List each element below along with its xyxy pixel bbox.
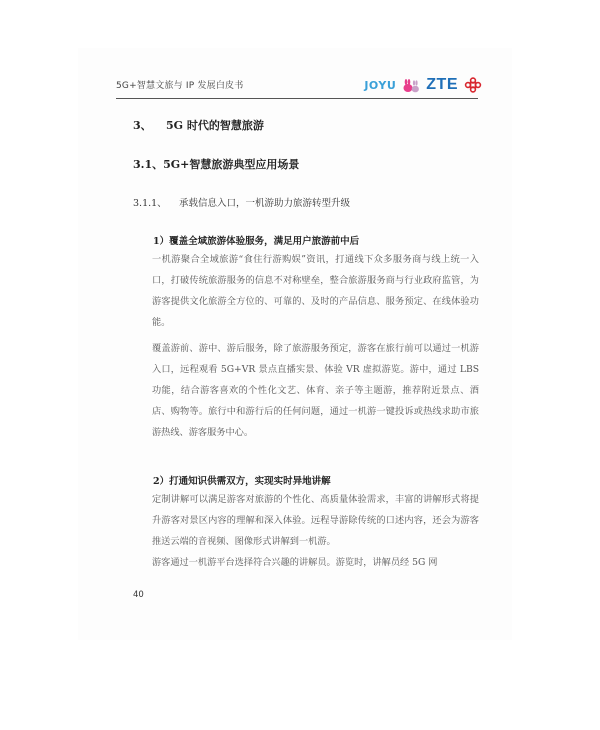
item-heading-1: 1）覆盖全域旅游体验服务，满足用户旅游前中后 bbox=[153, 233, 359, 247]
section-heading: 3、5G 时代的智慧旅游 bbox=[133, 117, 264, 133]
paragraph: 覆盖游前、游中、游后服务，除了旅游服务预定，游客在旅行前可以通过一机游入口，远程… bbox=[133, 338, 479, 443]
header-divider bbox=[116, 98, 478, 99]
subsubsection-title: 承载信息入口，一机游助力旅游转型升级 bbox=[179, 198, 350, 209]
paragraph: 游客通过一机游平台选择符合兴趣的讲解员。游览时，讲解员经 5G 网 bbox=[133, 552, 479, 573]
paragraph-text: 定制讲解可以满足游客对旅游的个性化、高质量体验需求，丰富的讲解形式将提升游客对景… bbox=[133, 489, 479, 552]
document-title: 5G+智慧文旅与 IP 发展白皮书 bbox=[116, 78, 243, 91]
subsubsection-number: 3.1.1、 bbox=[133, 195, 179, 209]
partner-logos: JOYU ZTE bbox=[364, 76, 482, 94]
page-number: 40 bbox=[133, 590, 144, 600]
paragraph-text: 一机游聚合全域旅游“食住行游购娱”资讯，打通线下众多服务商与线上统一入口，打破传… bbox=[133, 249, 479, 333]
subsection-heading: 3.1、5G+智慧旅游典型应用场景 bbox=[133, 156, 299, 172]
china-unicom-knot-icon bbox=[464, 77, 482, 93]
section-title: 5G 时代的智慧旅游 bbox=[166, 119, 264, 132]
section-number: 3、 bbox=[133, 117, 166, 133]
joyu-logo: JOYU bbox=[364, 79, 396, 92]
subsubsection-heading: 3.1.1、承载信息入口，一机游助力旅游转型升级 bbox=[133, 195, 350, 209]
zte-logo: ZTE bbox=[426, 76, 458, 94]
paragraph: 一机游聚合全域旅游“食住行游购娱”资讯，打通线下众多服务商与线上统一入口，打破传… bbox=[133, 249, 479, 333]
rabbit-logo-icon bbox=[402, 78, 420, 92]
paragraph-text: 覆盖游前、游中、游后服务，除了旅游服务预定，游客在旅行前可以通过一机游入口，远程… bbox=[133, 338, 479, 443]
paragraph: 定制讲解可以满足游客对旅游的个性化、高质量体验需求，丰富的讲解形式将提升游客对景… bbox=[133, 489, 479, 552]
page-header: 5G+智慧文旅与 IP 发展白皮书 JOYU ZTE bbox=[116, 76, 480, 94]
paragraph-text: 游客通过一机游平台选择符合兴趣的讲解员。游览时，讲解员经 5G 网 bbox=[133, 552, 479, 573]
item-heading-2: 2）打通知识供需双方，实现实时异地讲解 bbox=[153, 473, 331, 487]
